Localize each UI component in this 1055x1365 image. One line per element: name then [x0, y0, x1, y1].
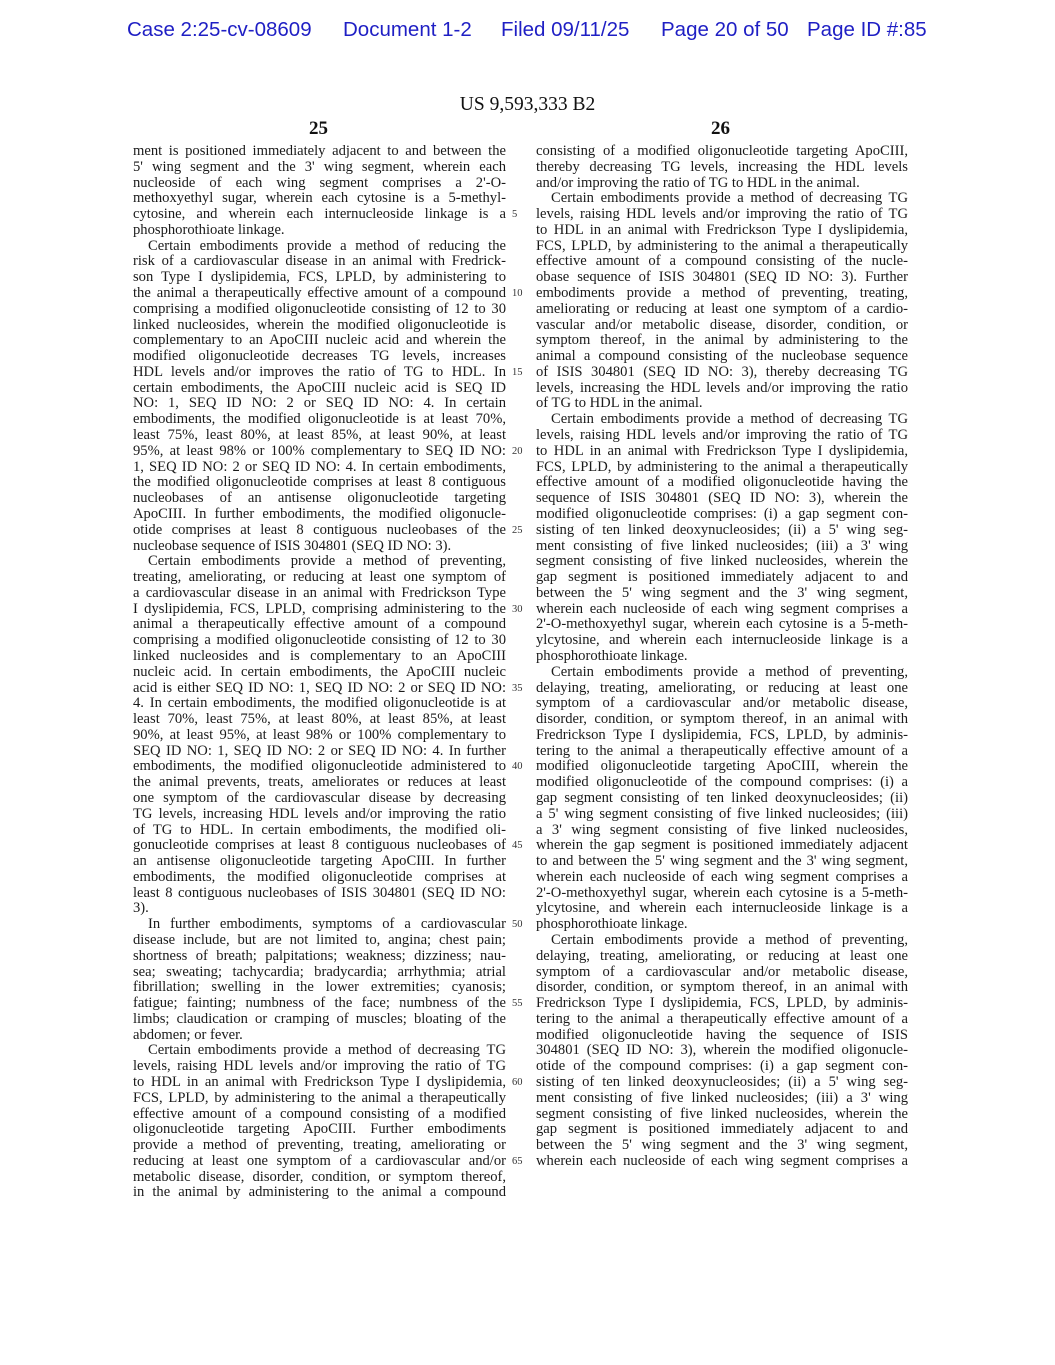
line-number: 15 [512, 365, 523, 381]
court-filing-header: Case 2:25-cv-08609 Document 1-2 Filed 09… [127, 18, 947, 46]
text-line: animal a therapeutically effective amoun… [133, 616, 506, 632]
line-number: 55 [512, 996, 523, 1012]
text-line: shortness of breath; palpitations; weakn… [133, 948, 506, 964]
text-line: 2'-O-methoxyethyl sugar, wherein each cy… [536, 885, 908, 901]
text-line: fibrillation; swelling in the lower extr… [133, 979, 506, 995]
text-line: complementary to an ApoCIII nucleic acid… [133, 332, 506, 348]
text-line: fatigue; fainting; numbness of the face;… [133, 995, 506, 1011]
line-number: 20 [512, 444, 523, 460]
text-line: effective amount of a compound consistin… [133, 1106, 506, 1122]
text-line: 4. In certain embodiments, the modified … [133, 695, 506, 711]
text-line: a cardiovascular disease in an animal wi… [133, 585, 506, 601]
text-line: sisting of ten linked deoxynucleosides; … [536, 522, 908, 538]
text-line: phosphorothioate linkage. [536, 916, 908, 932]
text-line: embodiments, the modified oligonucleotid… [133, 758, 506, 774]
text-line: HDL levels and/or improves the ratio of … [133, 364, 506, 380]
text-line: abdomen; or fever. [133, 1027, 506, 1043]
text-line: segment consisting of five linked nucleo… [536, 1106, 908, 1122]
line-number: 45 [512, 838, 523, 854]
text-line: wherein each nucleoside of each wing seg… [536, 601, 908, 617]
text-line: NO: 1, SEQ ID NO: 2 or SEQ ID NO: 4. In … [133, 395, 506, 411]
text-line: 1, SEQ ID NO: 2 or SEQ ID NO: 4. In cert… [133, 459, 506, 475]
line-number: 40 [512, 759, 523, 775]
text-line: obase sequence of ISIS 304801 (SEQ ID NO… [536, 269, 908, 285]
text-line: metabolic disease, disorder, condition, … [133, 1169, 506, 1185]
text-line: ylcytosine, and wherein each internucleo… [536, 900, 908, 916]
text-line: SEQ ID NO: 1, SEQ ID NO: 2 or SEQ ID NO:… [133, 743, 506, 759]
text-line: to and between the 5' wing segment and t… [536, 853, 908, 869]
text-line: embodiments, the modified oligonucleotid… [133, 411, 506, 427]
text-line: 95%, at least 98% or 100% complementary … [133, 443, 506, 459]
text-line: comprising a modified oligonucleotide co… [133, 632, 506, 648]
text-line: ylcytosine, and wherein each internucleo… [536, 632, 908, 648]
text-line: animal a compound consisting of the nucl… [536, 348, 908, 364]
text-line: levels, raising HDL levels and/or improv… [536, 206, 908, 222]
text-line: least 8 contiguous nucleobases of ISIS 3… [133, 885, 506, 901]
text-line: thereby decreasing TG levels, increasing… [536, 159, 908, 175]
text-line: a 5' wing segment consisting of five lin… [536, 806, 908, 822]
text-line: ameliorating or reducing at least one sy… [536, 301, 908, 317]
text-line: to HDL in an animal with Fredrickson Typ… [133, 1074, 506, 1090]
page-of: Page 20 of 50 [661, 18, 789, 42]
text-line: 90%, at least 95%, at least 98% or 100% … [133, 727, 506, 743]
text-line: levels, raising HDL levels and/or improv… [133, 1058, 506, 1074]
text-line: limbs; claudication or cramping of muscl… [133, 1011, 506, 1027]
text-line: Certain embodiments provide a method of … [536, 932, 908, 948]
text-line: FCS, LPLD, by administering to the anima… [536, 459, 908, 475]
text-line: to HDL in an animal with Fredrickson Typ… [536, 222, 908, 238]
text-line: risk of a cardiovascular disease in an a… [133, 253, 506, 269]
text-line: modified oligonucleotide having the sequ… [536, 1027, 908, 1043]
text-line: levels, raising HDL levels and/or improv… [536, 427, 908, 443]
line-number: 25 [512, 523, 523, 539]
text-line: Fredrickson Type I dyslipidemia, FCS, LP… [536, 727, 908, 743]
case-number: Case 2:25-cv-08609 [127, 18, 312, 42]
text-line: nucleoside of each wing segment comprise… [133, 175, 506, 191]
text-line: gap segment consisting of ten linked deo… [536, 790, 908, 806]
text-line: consisting of a modified oligonucleotide… [536, 143, 908, 159]
text-line: oligonucleotide targeting ApoCIII. Furth… [133, 1121, 506, 1137]
line-number: 30 [512, 602, 523, 618]
text-line: sequence of ISIS 304801 (SEQ ID NO: 3), … [536, 490, 908, 506]
text-line: the modified oligonucleotide comprises a… [133, 474, 506, 490]
line-number: 5 [512, 207, 517, 223]
text-line: least 70%, least 75%, at least 80%, at l… [133, 711, 506, 727]
text-line: between the 5' wing segment and the 3' w… [536, 585, 908, 601]
text-line: nucleobases of an antisense oligonucleot… [133, 490, 506, 506]
text-line: delaying, treating, ameliorating, or red… [536, 680, 908, 696]
text-line: least 75%, least 80%, at least 85%, at l… [133, 427, 506, 443]
text-line: phosphorothioate linkage. [133, 222, 506, 238]
text-line: I dyslipidemia, FCS, LPLD, comprising ad… [133, 601, 506, 617]
text-line: tering to the animal a therapeutically e… [536, 743, 908, 759]
text-line: 3). [133, 900, 506, 916]
text-line: vascular and/or metabolic disease, disor… [536, 317, 908, 333]
line-number: 35 [512, 681, 523, 697]
text-line: certain embodiments, the ApoCIII nucleic… [133, 380, 506, 396]
text-line: TG levels, increasing HDL levels and/or … [133, 806, 506, 822]
left-column-number: 25 [309, 118, 328, 140]
text-line: sea; sweating; tachycardia; bradycardia;… [133, 964, 506, 980]
text-line: In further embodiments, symptoms of a ca… [133, 916, 506, 932]
text-line: gonucleotide comprises at least 8 contig… [133, 837, 506, 853]
text-line: 5' wing segment and the 3' wing segment,… [133, 159, 506, 175]
text-line: wherein the gap segment is positioned im… [536, 837, 908, 853]
line-number: 60 [512, 1075, 523, 1091]
text-line: phosphorothioate linkage. [536, 648, 908, 664]
text-line: Certain embodiments provide a method of … [536, 190, 908, 206]
text-line: in the animal by administering to the an… [133, 1184, 506, 1200]
text-line: tering to the animal a therapeutically e… [536, 1011, 908, 1027]
text-line: disorder, condition, or symptom thereof,… [536, 711, 908, 727]
text-line: to HDL in an animal with Fredrickson Typ… [536, 443, 908, 459]
text-line: nucleobase sequence of ISIS 304801 (SEQ … [133, 538, 506, 554]
text-line: son Type I dyslipidemia, FCS, LPLD, by a… [133, 269, 506, 285]
text-line: methoxyethyl sugar, wherein each cytosin… [133, 190, 506, 206]
patent-number: US 9,593,333 B2 [0, 94, 1055, 116]
text-line: Certain embodiments provide a method of … [133, 553, 506, 569]
text-line: and/or improving the ratio of TG to HDL … [536, 175, 908, 191]
text-line: disease include, but are not limited to,… [133, 932, 506, 948]
text-line: 2'-O-methoxyethyl sugar, wherein each cy… [536, 616, 908, 632]
text-line: Fredrickson Type I dyslipidemia, FCS, LP… [536, 995, 908, 1011]
text-line: of TG to HDL in the animal. [536, 395, 908, 411]
text-line: Certain embodiments provide a method of … [536, 664, 908, 680]
text-line: between the 5' wing segment and the 3' w… [536, 1137, 908, 1153]
text-line: acid is either SEQ ID NO: 1, SEQ ID NO: … [133, 680, 506, 696]
text-line: embodiments, the modified oligonucleotid… [133, 869, 506, 885]
text-line: FCS, LPLD, by administering to the anima… [133, 1090, 506, 1106]
right-column-number: 26 [711, 118, 730, 140]
text-line: Certain embodiments provide a method of … [133, 1042, 506, 1058]
text-line: cytosine, and wherein each internucleosi… [133, 206, 506, 222]
text-line: ment consisting of five linked nucleosid… [536, 538, 908, 554]
text-line: levels, increasing the HDL levels and/or… [536, 380, 908, 396]
text-line: linked nucleosides and is complementary … [133, 648, 506, 664]
filed-date: Filed 09/11/25 [501, 18, 629, 42]
line-number: 50 [512, 917, 523, 933]
text-line: symptom of a cardiovascular and/or metab… [536, 964, 908, 980]
text-line: disorder, condition, or symptom thereof,… [536, 979, 908, 995]
text-line: Certain embodiments provide a method of … [536, 411, 908, 427]
text-line: modified oligonucleotide decreases TG le… [133, 348, 506, 364]
text-line: of TG to HDL. In certain embodiments, th… [133, 822, 506, 838]
text-line: provide a method of preventing, treating… [133, 1137, 506, 1153]
text-line: ment consisting of five linked nucleosid… [536, 1090, 908, 1106]
text-line: a 3' wing segment consisting of five lin… [536, 822, 908, 838]
text-line: segment consisting of five linked nucleo… [536, 553, 908, 569]
text-line: the animal a therapeutically effective a… [133, 285, 506, 301]
text-line: embodiments provide a method of preventi… [536, 285, 908, 301]
text-line: effective amount of a modified oligonucl… [536, 474, 908, 490]
text-line: wherein each nucleoside of each wing seg… [536, 869, 908, 885]
text-line: effective amount of a compound consistin… [536, 253, 908, 269]
line-number: 10 [512, 286, 523, 302]
text-line: nucleic acid. In certain embodiments, th… [133, 664, 506, 680]
line-number: 65 [512, 1154, 523, 1170]
text-line: otide comprises at least 8 contiguous nu… [133, 522, 506, 538]
text-line: modified oligonucleotide targeting ApoCI… [536, 758, 908, 774]
text-line: Certain embodiments provide a method of … [133, 238, 506, 254]
text-line: symptom thereof, in the animal by admini… [536, 332, 908, 348]
text-line: linked nucleosides, wherein the modified… [133, 317, 506, 333]
text-line: symptom of a cardiovascular and/or metab… [536, 695, 908, 711]
text-line: the animal prevents, treats, ameliorates… [133, 774, 506, 790]
text-line: gap segment is positioned immediately ad… [536, 1121, 908, 1137]
text-line: FCS, LPLD, by administering to the anima… [536, 238, 908, 254]
page-id: Page ID #:85 [807, 18, 927, 42]
text-line: treating, ameliorating, or reducing at l… [133, 569, 506, 585]
text-line: otide of the compound comprises: (i) a g… [536, 1058, 908, 1074]
text-line: reducing at least one symptom of a cardi… [133, 1153, 506, 1169]
text-line: delaying, treating, ameliorating, or red… [536, 948, 908, 964]
text-line: sisting of ten linked deoxynucleosides; … [536, 1074, 908, 1090]
text-line: wherein each nucleoside of each wing seg… [536, 1153, 908, 1169]
text-line: an antisense oligonucleotide targeting A… [133, 853, 506, 869]
text-line: modified oligonucleotide of the compound… [536, 774, 908, 790]
text-line: one symptom of the cardiovascular diseas… [133, 790, 506, 806]
text-line: ApoCIII. In further embodiments, the mod… [133, 506, 506, 522]
text-line: ment is positioned immediately adjacent … [133, 143, 506, 159]
text-line: modified oligonucleotide comprises: (i) … [536, 506, 908, 522]
text-line: 304801 (SEQ ID NO: 3), wherein the modif… [536, 1042, 908, 1058]
text-line: gap segment is positioned immediately ad… [536, 569, 908, 585]
text-line: comprising a modified oligonucleotide co… [133, 301, 506, 317]
document-number: Document 1-2 [343, 18, 472, 42]
text-line: of ISIS 304801 (SEQ ID NO: 3), thereby d… [536, 364, 908, 380]
